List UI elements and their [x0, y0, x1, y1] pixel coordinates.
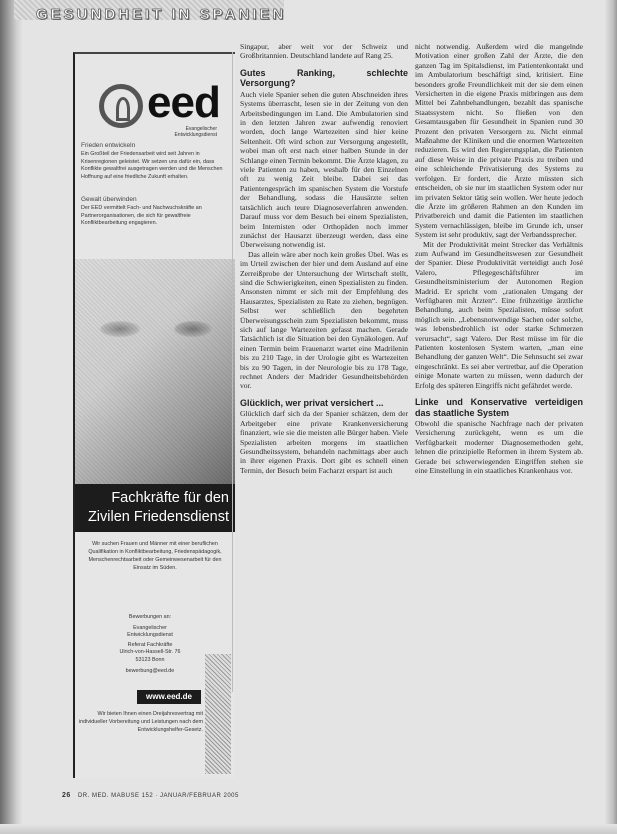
ad-face-photo — [75, 259, 235, 484]
logo-text: eed — [147, 78, 220, 128]
section-title: GESUNDHEIT IN SPANIEN — [36, 6, 286, 23]
ad-block-gewalt: Gewalt überwinden Der EED vermittelt Fac… — [81, 196, 231, 228]
ad-contact: Bewerbungen an: Evangelischer Entwicklun… — [95, 614, 205, 676]
ad-headline: Fachkräfte für den Zivilen Friedensdiens… — [75, 484, 235, 532]
article-paragraph: Glücklich darf sich da der Spanier schät… — [240, 409, 408, 475]
ad-block-frieden: Frieden entwickeln Ein Großteil der Frie… — [81, 142, 231, 181]
publication-info: DR. MED. MABUSE 152 · JANUAR/FEBRUAR 200… — [78, 793, 239, 799]
article-paragraph: Obwohl die spanische Nachfrage nach der … — [415, 419, 583, 475]
subheading: Gutes Ranking, schlechte Versorgung? — [240, 68, 408, 89]
ad-decorative-pattern — [205, 654, 231, 774]
contact-intro: Bewerbungen an: — [95, 614, 205, 622]
contact-city: 53123 Bonn — [95, 657, 205, 665]
article-paragraph: Auch viele Spanier sehen die guten Absch… — [240, 90, 408, 250]
page-number: 26 — [62, 792, 71, 799]
page-edge-shadow — [605, 0, 617, 834]
page-gutter-shadow — [0, 0, 22, 834]
ad-block-heading: Frieden entwickeln — [81, 142, 231, 149]
contact-street: Ulrich-von-Hassell-Str. 76 — [95, 649, 205, 657]
subheading: Linke und Konservative verteidigen das s… — [415, 397, 583, 418]
eed-logo: eed Evangelischer Entwicklungsdienst — [99, 84, 219, 144]
article-column-2: nicht notwendig. Außerdem wird die mange… — [415, 42, 583, 475]
ad-body-text: Wir suchen Frauen und Männer mit einer b… — [81, 540, 229, 572]
ad-closing-text: Wir bieten Ihnen einen Dreijahresvertrag… — [75, 710, 203, 734]
article-paragraph: nicht notwendig. Außerdem wird die mange… — [415, 42, 583, 240]
page-footer: 26 DR. MED. MABUSE 152 · JANUAR/FEBRUAR … — [62, 792, 239, 799]
logo-subtitle: Evangelischer Entwicklungsdienst — [147, 126, 217, 138]
article-paragraph: Mit der Produktivität meint Strecker das… — [415, 240, 583, 391]
contact-dept: Referat Fachkräfte — [95, 642, 205, 650]
article-column-1: Singapur, aber weit vor der Schweiz und … — [240, 42, 408, 475]
eed-logo-icon — [99, 84, 143, 128]
ad-block-text: Ein Großteil der Friedensarbeit wird sei… — [81, 151, 231, 181]
article-paragraph: Das allein wäre aber noch kein großes Üb… — [240, 250, 408, 391]
ad-url-link[interactable]: www.eed.de — [137, 690, 201, 704]
page-bottom-shadow — [0, 824, 617, 834]
subheading: Glücklich, wer privat versichert ... — [240, 398, 408, 409]
article-paragraph: Singapur, aber weit vor der Schweiz und … — [240, 42, 408, 61]
ad-block-text: Der EED vermittelt Fach- und Nachwuchskr… — [81, 205, 231, 227]
contact-org-line2: Entwicklungsdienst — [95, 632, 205, 640]
contact-org-line1: Evangelischer — [95, 625, 205, 633]
ad-block-heading: Gewalt überwinden — [81, 196, 231, 203]
contact-email[interactable]: bewerbung@eed.de — [95, 668, 205, 676]
ad-divider — [232, 52, 233, 692]
eed-advertisement: eed Evangelischer Entwicklungsdienst Fri… — [73, 52, 235, 778]
